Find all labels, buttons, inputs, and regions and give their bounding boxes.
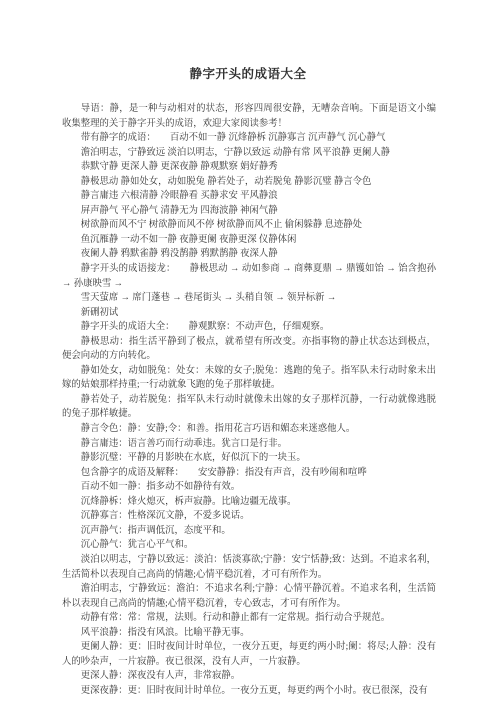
paragraph: 静字开头的成语大全： 静观默察：不动声色，仔细观察。 <box>62 320 436 335</box>
paragraph: 风平浪静：指没有风浪。比喻平静无事。 <box>62 626 436 641</box>
paragraph: 树欲静而风不宁 树欲静而风不停 树欲静而风不止 偷闲躲静 息迹静处 <box>62 218 436 233</box>
paragraph: 静影沉璧：平静的月影映在水底，好似沉下的一块玉。 <box>62 451 436 466</box>
paragraph: 静如处女，动如脱兔：处女：未嫁的女子;脱兔：逃跑的兔子。指军队未行动时象未出嫁的… <box>62 364 436 393</box>
paragraph: 静极思动 静如处女，动如脱兔 静若处子，动若脱兔 静影沉璧 静言令色 <box>62 175 436 190</box>
paragraph: 静言令色：静：安静;令：和善。指用花言巧语和媚态来迷惑他人。 <box>62 422 436 437</box>
paragraph: 动静有常：常：常规，法则。行动和静止都有一定常规。指行动合乎规范。 <box>62 611 436 626</box>
document-title: 静字开头的成语大全 <box>0 0 496 82</box>
paragraph: 澹泊明志，宁静致远：澹泊：不追求名利;宁静：心情平静沉着。不追求名利，生活简朴以… <box>62 582 436 611</box>
paragraph: 更深夜静：更：旧时夜间计时单位。一夜分五更，每更约两个小时。夜已很深，没有 <box>62 684 436 699</box>
paragraph: 沉静寡言：性格深沉文静，不爱多说话。 <box>62 509 436 524</box>
paragraph: 恭默守静 更深人静 更深夜静 静观默察 娟好静秀 <box>62 160 436 175</box>
paragraph: 百动不如一静：指多动不如静待有效。 <box>62 480 436 495</box>
paragraph: 静言庸违：语言善巧而行动乖违。犹言口是行非。 <box>62 437 436 452</box>
paragraph: 沉声静气：指声调低沉，态度平和。 <box>62 524 436 539</box>
paragraph: 带有静字的成语： 百动不如一静 沉烽静柝 沉静寡言 沉声静气 沉心静气 <box>62 131 436 146</box>
paragraph: 包含静字的成语及解释： 安安静静：指没有声音，没有吵闹和喧哗 <box>62 466 436 481</box>
paragraph: 沉烽静柝：烽火熄灭，柝声寂静。比喻边疆无战事。 <box>62 495 436 510</box>
paragraph: 屏声静气 平心静气 清静无为 四海波静 神闲气静 <box>62 204 436 219</box>
paragraph: 澹泊明志，宁静致远 淡泊以明志，宁静以致远 动静有常 风平浪静 更阑人静 <box>62 146 436 161</box>
paragraph: 夜阑人静 鸦默雀静 鸦没鹊静 鸦默鹊静 夜深人静 <box>62 247 436 262</box>
paragraph: 更阑人静：更：旧时夜间计时单位，一夜分五更，每更约两小时;阑：将尽;人静：没有人… <box>62 640 436 669</box>
paragraph: 淡泊以明志，宁静以致远：淡泊：恬淡寡欲;宁静：安宁恬静;致：达到。不追求名利，生… <box>62 553 436 582</box>
paragraph: 静极思动：指生活平静到了极点，就希望有所改变。亦指事物的静止状态达到极点，便会向… <box>62 335 436 364</box>
document-page: 静字开头的成语大全 导语：静，是一种与动相对的状态，形容四周很安静，无嘈杂音响。… <box>0 0 496 702</box>
paragraph: 新硎初试 <box>62 306 436 321</box>
paragraph: 静字开头的成语接龙： 静极思动 → 动如参商 → 商彝夏鼎 → 鼎镬如饴 → 饴… <box>62 262 436 291</box>
paragraph: 更深人静：深夜没有人声，非常寂静。 <box>62 669 436 684</box>
paragraph: 鱼沉雁静 一动不如一静 夜静更阑 夜静更深 仪静体闲 <box>62 233 436 248</box>
paragraph: 静言庸违 六根清静 冷眼静看 买静求安 平风静浪 <box>62 189 436 204</box>
document-body: 导语：静，是一种与动相对的状态，形容四周很安静，无嘈杂音响。下面是语文小编收集整… <box>62 102 436 698</box>
paragraph: 静若处子，动若脱兔：指军队未行动时就像未出嫁的女子那样沉静，一行动就像逃脱的兔子… <box>62 393 436 422</box>
paragraph: 雪天萤席 → 席门蓬巷 → 巷尾街头 → 头稍自领 → 领异标新 → <box>62 291 436 306</box>
paragraph: 沉心静气：犹言心平气和。 <box>62 538 436 553</box>
paragraph: 导语：静，是一种与动相对的状态，形容四周很安静，无嘈杂音响。下面是语文小编收集整… <box>62 102 436 131</box>
